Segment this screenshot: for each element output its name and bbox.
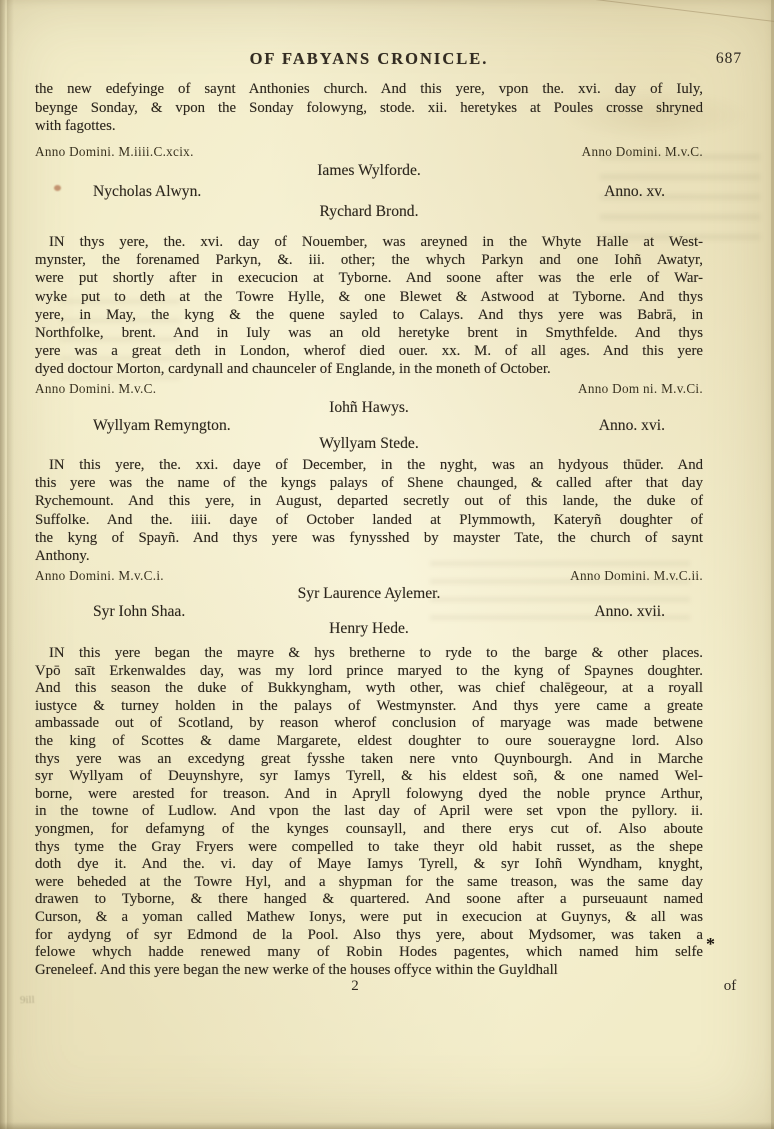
text-line: IN this yere began the mayre & hys breth… (35, 645, 703, 663)
text-line: Suffolke. And the. iiii. daye of October… (35, 511, 703, 529)
paragraph-year-17: IN this yere began the mayre & hys breth… (35, 645, 703, 979)
text-line: yongmen, for defamyng of the kynges coun… (35, 821, 703, 839)
text-line: IN this yere, the. xxi. daye of December… (35, 456, 703, 474)
text-line: dyed doctour Morton, cardynall and chaun… (35, 360, 703, 378)
margin-asterisk: * (706, 934, 715, 955)
anno-domini-right: Anno Domini. M.v.C.ii. (570, 568, 703, 584)
text-line: Anthony. (35, 547, 703, 565)
paragraph-continuation: the new edefyinge of saynt Anthonies chu… (35, 80, 703, 136)
anno-domini-row: Anno Domini. M.v.C.i. Anno Domini. M.v.C… (35, 568, 703, 584)
text-line: Greneleef. And this yere began the new w… (35, 962, 703, 980)
text-line: borne, were arested for treason. And in … (35, 786, 703, 804)
page-left-crease (7, 0, 14, 1129)
sheriff-name: Henry Hede. (35, 620, 703, 638)
text-line: drawen to Tyborne, & there hanged & quar… (35, 891, 703, 909)
regnal-year: Anno. xv. (604, 183, 665, 201)
page-number: 687 (705, 50, 753, 68)
page-left-edge-shadow (0, 0, 5, 1129)
mayor-name: Nycholas Alwyn. (93, 183, 201, 201)
text-line: in the towne of Ludlow. And vpon the las… (35, 803, 703, 821)
text-line: the kyng of Spayñ. And thys yere was fyn… (35, 529, 703, 547)
running-title: OF FABYANS CRONICLE. (35, 49, 703, 69)
text-line: yere, in May, the kyng & the quene sayle… (35, 306, 703, 324)
text-line: the new edefyinge of saynt Anthonies chu… (35, 80, 703, 99)
text-line: ambassade out of Scotland, by reason whe… (35, 715, 703, 733)
regnal-year: Anno. xvi. (599, 417, 665, 435)
bleed-through-text: 9ill (20, 994, 35, 1007)
text-line: for aydyng of syr Edmond de la Pool. Als… (35, 927, 703, 945)
regnal-year: Anno. xvii. (594, 603, 665, 621)
text-line: IN thys yere, the. xvi. day of Nouember,… (35, 233, 703, 251)
text-line: And this season the duke of Bukkyngham, … (35, 680, 703, 698)
text-line: doth dye it. And the. vi. day of Maye Ia… (35, 856, 703, 874)
text-line: Rychemount. And this yere, in August, de… (35, 492, 703, 510)
sheriff-name: Syr Laurence Aylemer. (35, 585, 703, 603)
book-page-scan: OF FABYANS CRONICLE. 687 the new edefyin… (0, 0, 774, 1129)
text-line: Curson, & a yoman called Mathew Ionys, w… (35, 909, 703, 927)
text-line: yere was a great deth in London, wherof … (35, 342, 703, 360)
mayor-name: Wyllyam Remyngton. (93, 417, 231, 435)
scan-scratch (591, 0, 774, 23)
anno-domini-right: Anno Dom ni. M.v.Ci. (578, 381, 703, 397)
text-line: mynster, the forenamed Parkyn, &. iii. o… (35, 251, 703, 269)
text-line: Vpō saīt Erkenwaldes day, was my lord pr… (35, 663, 703, 681)
signature-mark: 2 (340, 978, 370, 995)
anno-domini-left: Anno Domini. M.v.C.i. (35, 568, 164, 584)
text-line: iustyce & turney holden in the palays of… (35, 698, 703, 716)
sheriff-name: Wyllyam Stede. (35, 435, 703, 453)
page-bottom-edge-shadow (0, 1122, 774, 1129)
text-line: were beheded at the Towre Hyl, and a shy… (35, 874, 703, 892)
anno-domini-right: Anno Domini. M.v.C. (582, 144, 703, 160)
anno-domini-left: Anno Domini. M.v.C. (35, 381, 156, 397)
text-line: Northfolke, brent. And in Iuly was an ol… (35, 324, 703, 342)
anno-domini-row: Anno Domini. M.iiii.C.xcix. Anno Domini.… (35, 144, 703, 160)
sheriff-name: Iohñ Hawys. (35, 399, 703, 417)
text-line: felowe whych hadde renewed many of Robin… (35, 944, 703, 962)
ink-spot (54, 185, 61, 191)
text-line: wyke put to deth at the Towre Hylle, & o… (35, 288, 703, 306)
sheriff-name: Rychard Brond. (35, 203, 703, 221)
text-line: syr Wyllyam of Deuynshyre, syr Iamys Tyr… (35, 768, 703, 786)
paragraph-year-15: IN thys yere, the. xvi. day of Nouember,… (35, 233, 703, 379)
text-line: beynge Sonday, & vpon the Sonday folowyn… (35, 99, 703, 118)
anno-domini-left: Anno Domini. M.iiii.C.xcix. (35, 144, 194, 160)
sheriff-name: Iames Wylforde. (35, 162, 703, 180)
mayor-name: Syr Iohn Shaa. (93, 603, 185, 621)
text-line: this yere was the name of the kyngs pala… (35, 474, 703, 492)
catchword: of (710, 978, 750, 995)
anno-domini-row: Anno Domini. M.v.C. Anno Dom ni. M.v.Ci. (35, 381, 703, 397)
text-line: with fagottes. (35, 117, 703, 136)
text-line: thys yere was an excedyng great fysshe t… (35, 751, 703, 769)
text-line: the king of Scottes & dame Margarete, el… (35, 733, 703, 751)
text-line: were put shortly after in execucion at T… (35, 269, 703, 287)
paragraph-year-16: IN this yere, the. xxi. daye of December… (35, 456, 703, 565)
text-line: thys tyme the Gray Fryers were compelled… (35, 839, 703, 857)
